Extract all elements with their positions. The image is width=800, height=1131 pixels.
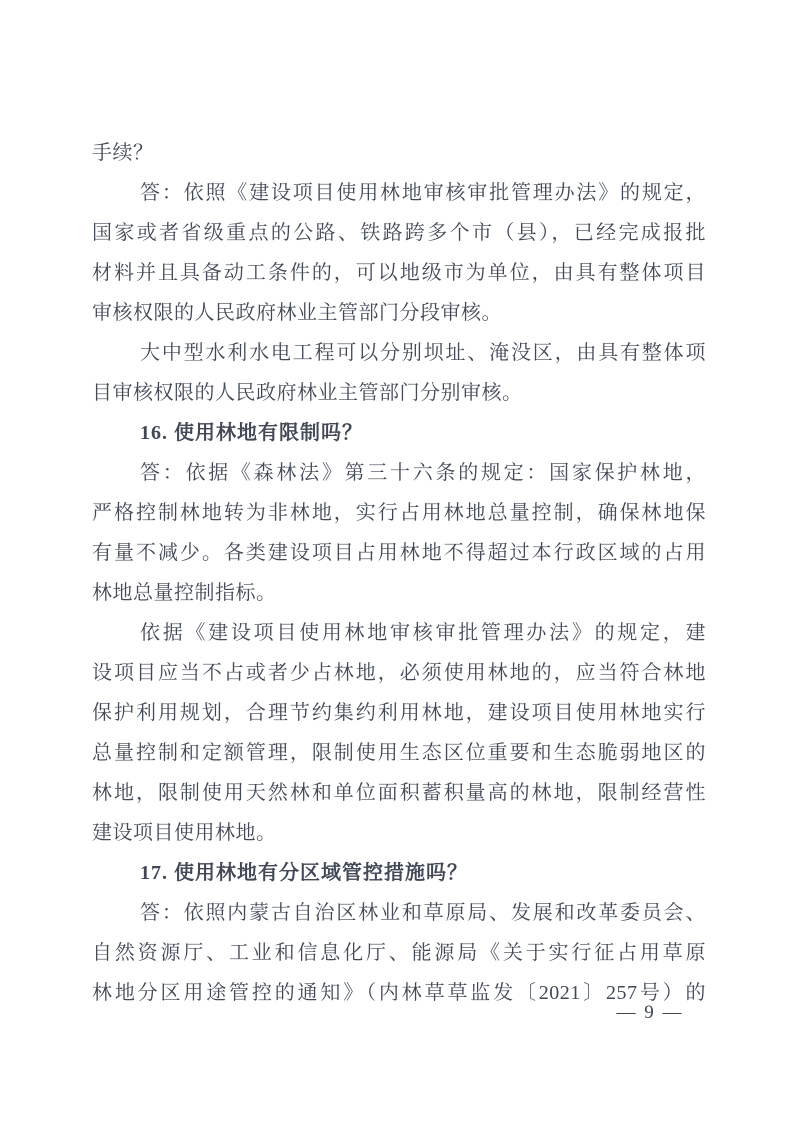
text-line: 严格控制林地转为非林地，实行占用林地总量控制，确保林地保 [92, 493, 706, 533]
text-line: 林地，限制使用天然林和单位面积蓄积量高的林地，限制经营性 [92, 773, 706, 813]
text-line: 林地总量控制指标。 [92, 573, 706, 613]
text-line: 手续？ [92, 133, 706, 173]
document-body: 手续？ 答：依照《建设项目使用林地审核审批管理办法》的规定， 国家或者省级重点的… [92, 133, 706, 1013]
page-number: — 9 — [600, 1000, 700, 1026]
text-line: 保护利用规划，合理节约集约利用林地，建设项目使用林地实行 [92, 693, 706, 733]
text-line: 国家或者省级重点的公路、铁路跨多个市（县），已经完成报批 [92, 213, 706, 253]
text-line: 答：依照内蒙古自治区林业和草原局、发展和改革委员会、 [92, 893, 706, 933]
question-heading-17: 17. 使用林地有分区域管控措施吗？ [92, 853, 706, 893]
text-line: 材料并且具备动工条件的，可以地级市为单位，由具有整体项目 [92, 253, 706, 293]
text-line: 有量不减少。各类建设项目占用林地不得超过本行政区域的占用 [92, 533, 706, 573]
text-line: 目审核权限的人民政府林业主管部门分别审核。 [92, 373, 706, 413]
text-line: 建设项目使用林地。 [92, 813, 706, 853]
question-heading-16: 16. 使用林地有限制吗？ [92, 413, 706, 453]
text-line: 大中型水利水电工程可以分别坝址、淹没区，由具有整体项 [92, 333, 706, 373]
text-line: 设项目应当不占或者少占林地，必须使用林地的，应当符合林地 [92, 653, 706, 693]
document-page: 手续？ 答：依照《建设项目使用林地审核审批管理办法》的规定， 国家或者省级重点的… [0, 0, 800, 1131]
text-line: 答：依照《建设项目使用林地审核审批管理办法》的规定， [92, 173, 706, 213]
text-line: 总量控制和定额管理，限制使用生态区位重要和生态脆弱地区的 [92, 733, 706, 773]
text-line: 依据《建设项目使用林地审核审批管理办法》的规定，建 [92, 613, 706, 653]
text-line: 审核权限的人民政府林业主管部门分段审核。 [92, 293, 706, 333]
text-line: 自然资源厅、工业和信息化厅、能源局《关于实行征占用草原 [92, 933, 706, 973]
text-line: 答：依据《森林法》第三十六条的规定：国家保护林地， [92, 453, 706, 493]
